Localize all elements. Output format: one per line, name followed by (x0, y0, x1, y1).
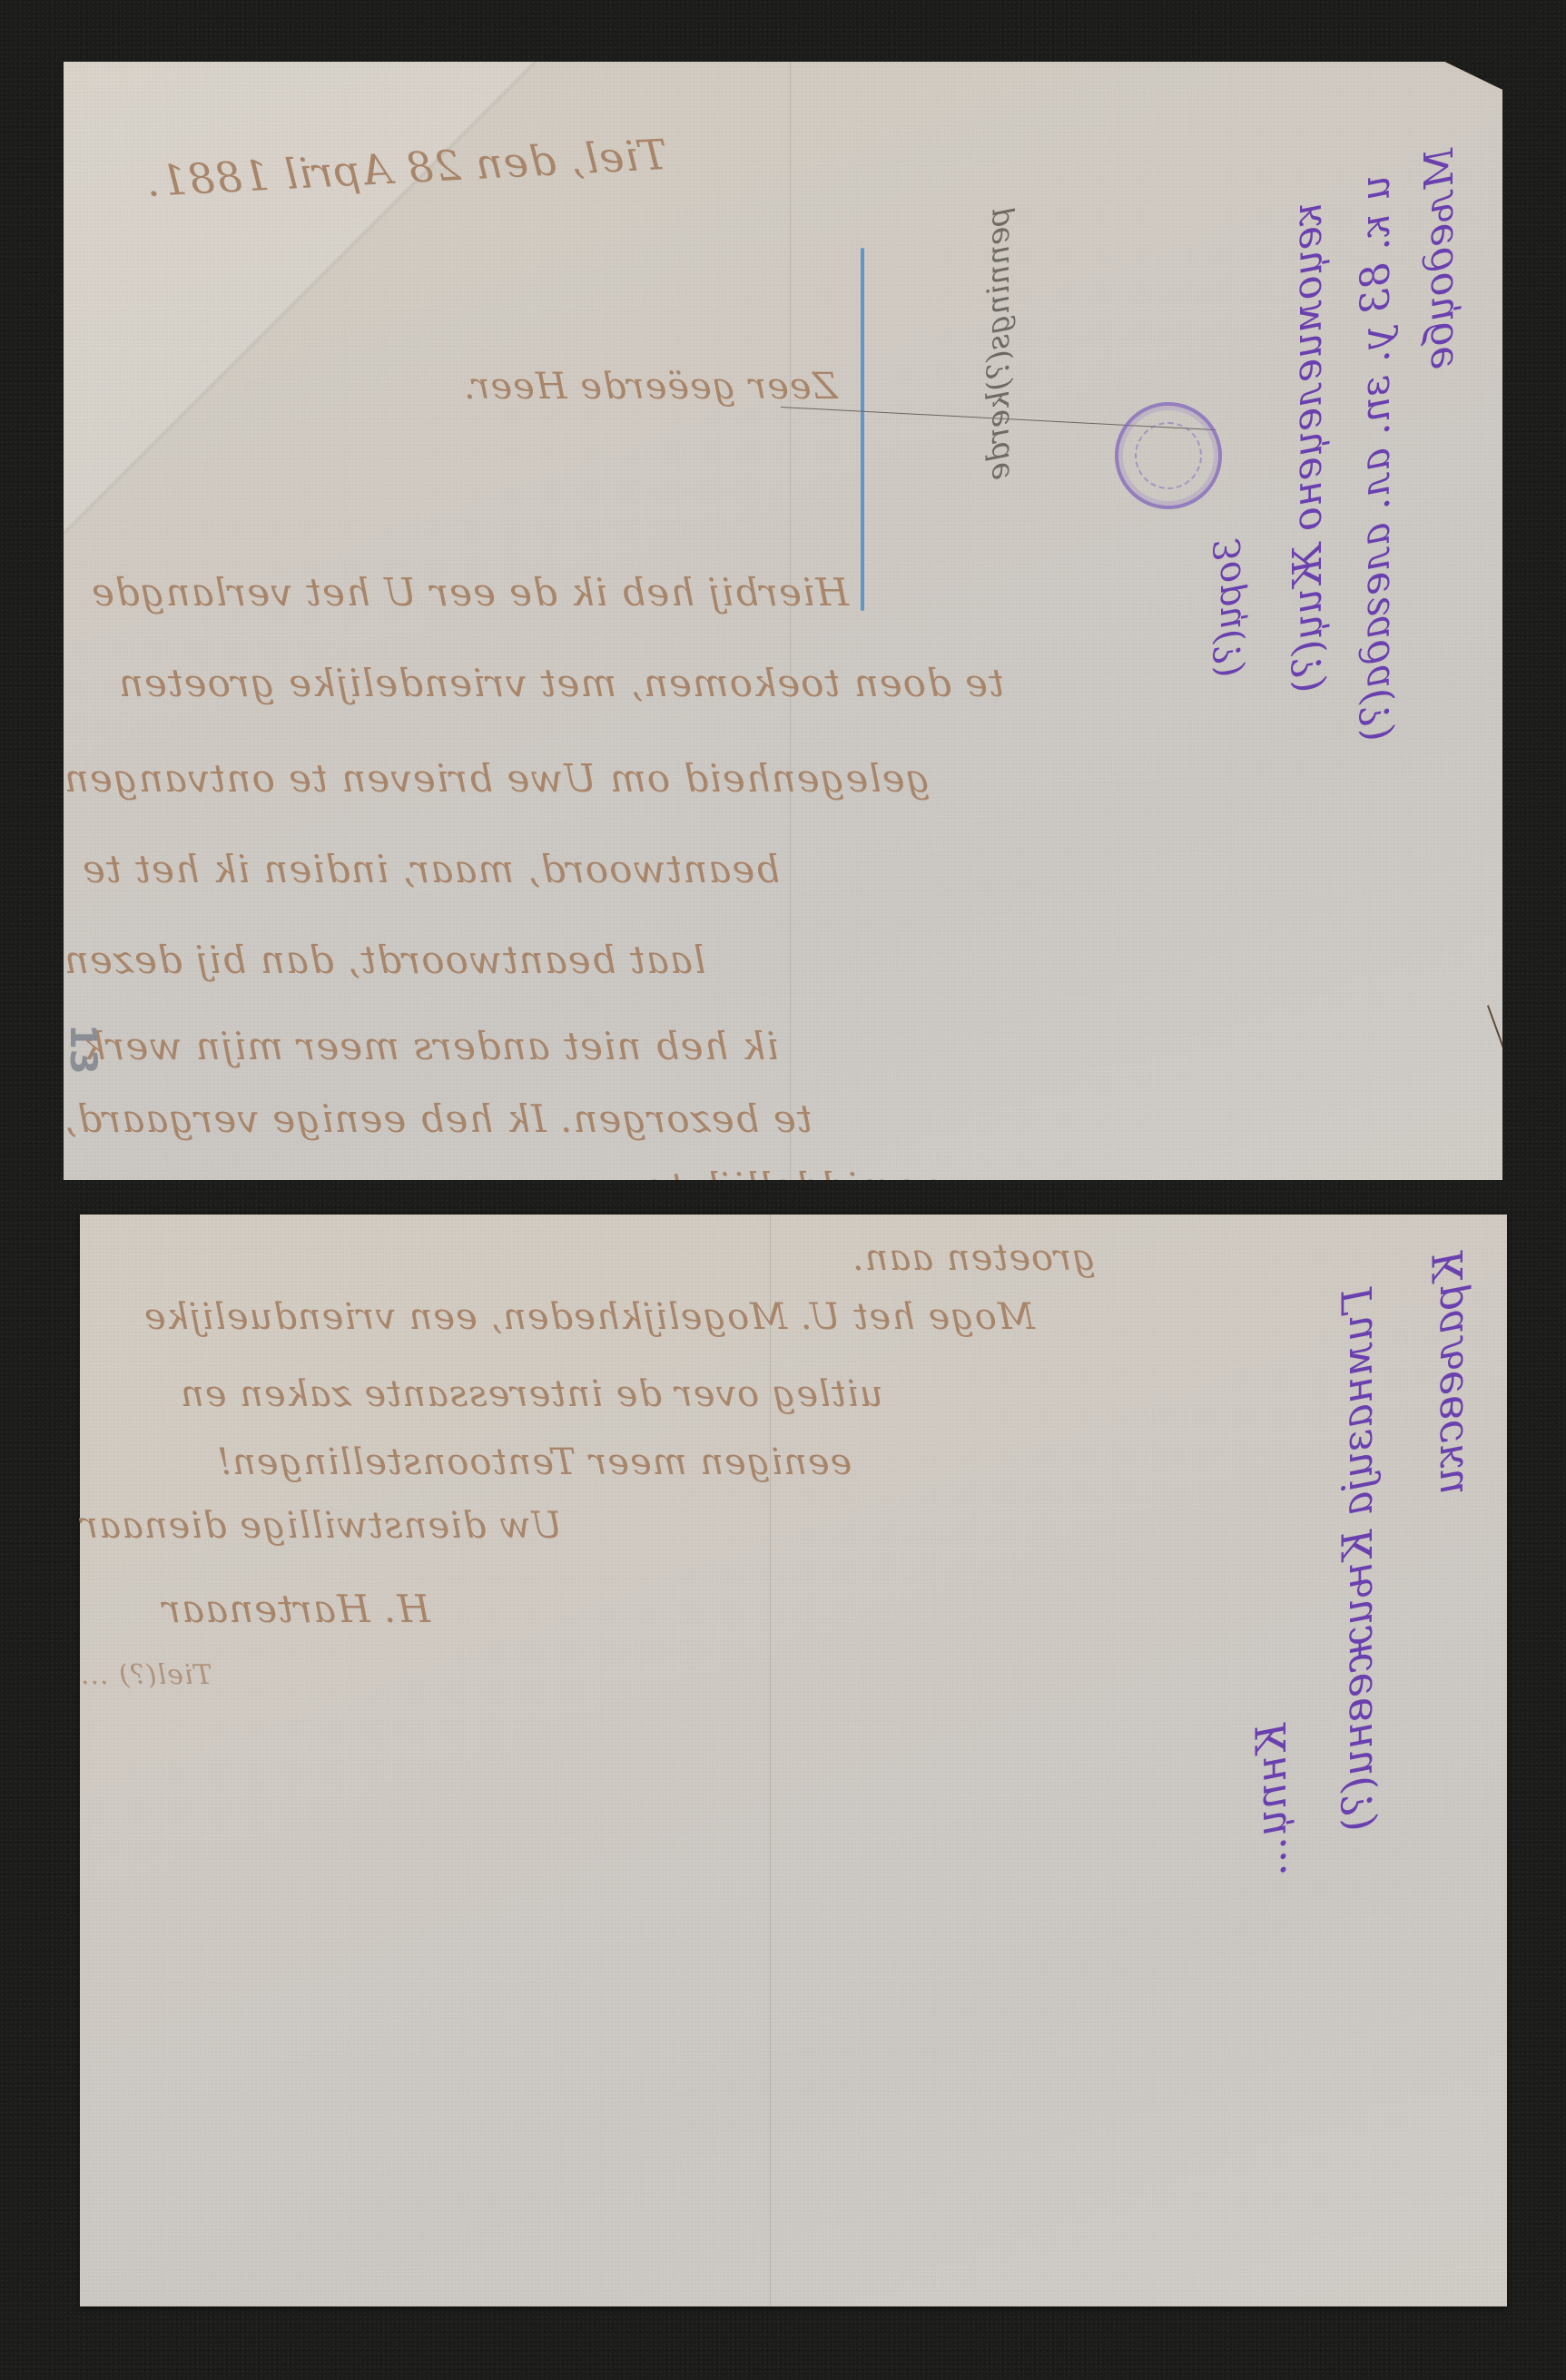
body-line-2: Moge het U. Mogelijkheden, een vrienduel… (143, 1296, 1035, 1338)
fold-line (790, 62, 791, 1180)
letter-sheet-1: Tiel, den 28 April 1881. Zeer geëerde He… (64, 62, 1502, 1180)
blue-crayon-mark (861, 248, 864, 611)
purple-annotation-1: Мљедоџбе (1416, 148, 1463, 370)
postscript: Tiel(?) ... (80, 1659, 212, 1691)
body-line-text: onmiddellijk te (645, 1165, 947, 1209)
body-line-6: ik heb niet anders meer mijn werk (82, 1024, 779, 1068)
body-line-text: te doen toekomen, met vriendelijke groet… (118, 661, 1004, 705)
body-line-4: beantwoord, maar, indien ik het te (82, 847, 780, 891)
signature: H. Hartenaar (162, 1587, 430, 1631)
purple-annotation-2: и к. 83 у. зп. ал. алегада(?) (1353, 175, 1399, 741)
body-line-text: gelegenheid om Uwe brieven te ontvangen (64, 756, 931, 801)
body-line-5: laat beantwoordt, dan bij dezen (64, 938, 705, 982)
body-line-1: groeten aan. (852, 1237, 1096, 1279)
body-line-text: laat beantwoordt, dan bij dezen (64, 938, 705, 982)
body-line-text: groeten aan. (852, 1237, 1096, 1279)
paper-crease (64, 62, 536, 534)
purple-annotation-3: Кнпџ... (1246, 1723, 1295, 1876)
archive-number: 13 (62, 1024, 103, 1075)
letter-sheet-2: groeten aan. Moge het U. Mogelijkheden, … (80, 1215, 1507, 2306)
body-line-3: uitleg over de interessante zaken en (180, 1373, 883, 1415)
salutation-text: Zeer geëerde Heer. (463, 366, 837, 408)
body-line-4: eenigen meer Tentoonstellingen! (216, 1441, 852, 1483)
body-line-text: beantwoord, maar, indien ik het te (82, 847, 780, 891)
body-line-1: Hierbij heb ik de eer U het verlangde (91, 570, 849, 615)
purple-annotation-2: Гимназија Књижевни(?) (1333, 1287, 1382, 1831)
ink-stroke (1487, 1005, 1518, 1087)
body-line-2: te doen toekomen, met vriendelijke groet… (118, 661, 1004, 705)
postscript-text: Tiel(?) ... (80, 1659, 212, 1691)
body-line-text: eenigen meer Tentoonstellingen! (216, 1441, 852, 1483)
salutation: Zeer geëerde Heer. (463, 366, 837, 408)
pencil-annotation: pennings(?)kerde (980, 207, 1017, 480)
official-stamp (1115, 402, 1222, 509)
body-line-8: onmiddellijk te (645, 1165, 947, 1209)
body-line-7: te bezorgen. Ik heb eenige vergaard, (64, 1097, 813, 1141)
body-line-3: gelegenheid om Uwe brieven te ontvangen (64, 756, 931, 801)
body-line-text: ik heb niet anders meer mijn werk (82, 1024, 779, 1068)
closing-text: Uw dienstwillige dienaar (80, 1505, 562, 1547)
purple-annotation-4: Зорџ(?) (1207, 538, 1249, 677)
purple-annotation-3: кеџомиелеџено Жиџ(?) (1285, 202, 1331, 693)
body-line-text: te bezorgen. Ik heb eenige vergaard, (64, 1097, 813, 1141)
body-line-text: uitleg over de interessante zaken en (180, 1373, 883, 1415)
body-line-text: Moge het U. Mogelijkheden, een vrienduel… (143, 1296, 1035, 1338)
stamp-emblem-icon (1135, 422, 1202, 489)
signature-text: H. Hartenaar (162, 1587, 430, 1631)
closing-line: Uw dienstwillige dienaar (80, 1505, 562, 1547)
body-line-text: Hierbij heb ik de eer U het verlangde (91, 570, 849, 615)
purple-annotation-1: Краљевски (1423, 1251, 1472, 1495)
